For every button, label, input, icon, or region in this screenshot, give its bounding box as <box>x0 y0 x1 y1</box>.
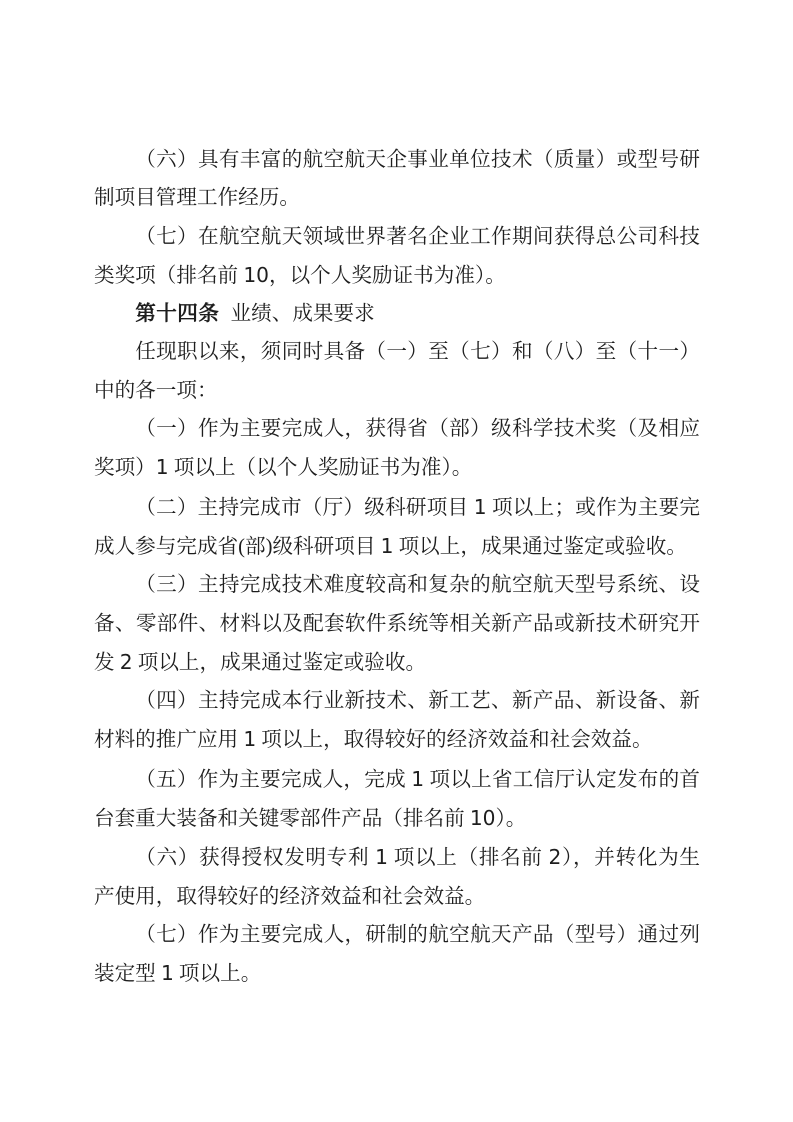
paragraph-item-1-achievement: （一）作为主要完成人，获得省（部）级科学技术奖（及相应奖项）1 项以上（以个人奖… <box>94 410 700 488</box>
paragraph-item-5-achievement: （五）作为主要完成人，完成 1 项以上省工信厅认定发布的首台套重大装备和关键零部… <box>94 760 700 839</box>
article-number-label: 第十四条 <box>135 302 219 325</box>
paragraph-item-6-qualification: （六）具有丰富的航空航天企事业单位技术（质量）或型号研制项目管理工作经历。 <box>94 141 700 218</box>
paragraph-item-2-achievement: （二）主持完成市（厅）级科研项目 1 项以上；或作为主要完成人参与完成省(部)级… <box>94 488 700 567</box>
document-page: （六）具有丰富的航空航天企事业单位技术（质量）或型号研制项目管理工作经历。 （七… <box>0 0 793 1122</box>
paragraph-item-7-achievement: （七）作为主要完成人，研制的航空航天产品（型号）通过列装定型 1 项以上。 <box>94 916 700 994</box>
paragraph-item-4-achievement: （四）主持完成本行业新技术、新工艺、新产品、新设备、新材料的推广应用 1 项以上… <box>94 682 700 760</box>
paragraph-item-7-qualification: （七）在航空航天领域世界著名企业工作期间获得总公司科技类奖项（排名前 10，以个… <box>94 218 700 296</box>
article-14-heading: 第十四条业绩、成果要求 <box>94 295 700 333</box>
paragraph-item-3-achievement: （三）主持完成技术难度较高和复杂的航空航天型号系统、设备、零部件、材料以及配套软… <box>94 566 700 682</box>
document-content: （六）具有丰富的航空航天企事业单位技术（质量）或型号研制项目管理工作经历。 （七… <box>94 141 700 994</box>
paragraph-intro-requirement: 任现职以来，须同时具备（一）至（七）和（八）至（十一）中的各一项： <box>94 333 700 410</box>
article-title: 业绩、成果要求 <box>231 303 375 325</box>
paragraph-item-6-achievement: （六）获得授权发明专利 1 项以上（排名前 2），并转化为生产使用，取得较好的经… <box>94 838 700 916</box>
